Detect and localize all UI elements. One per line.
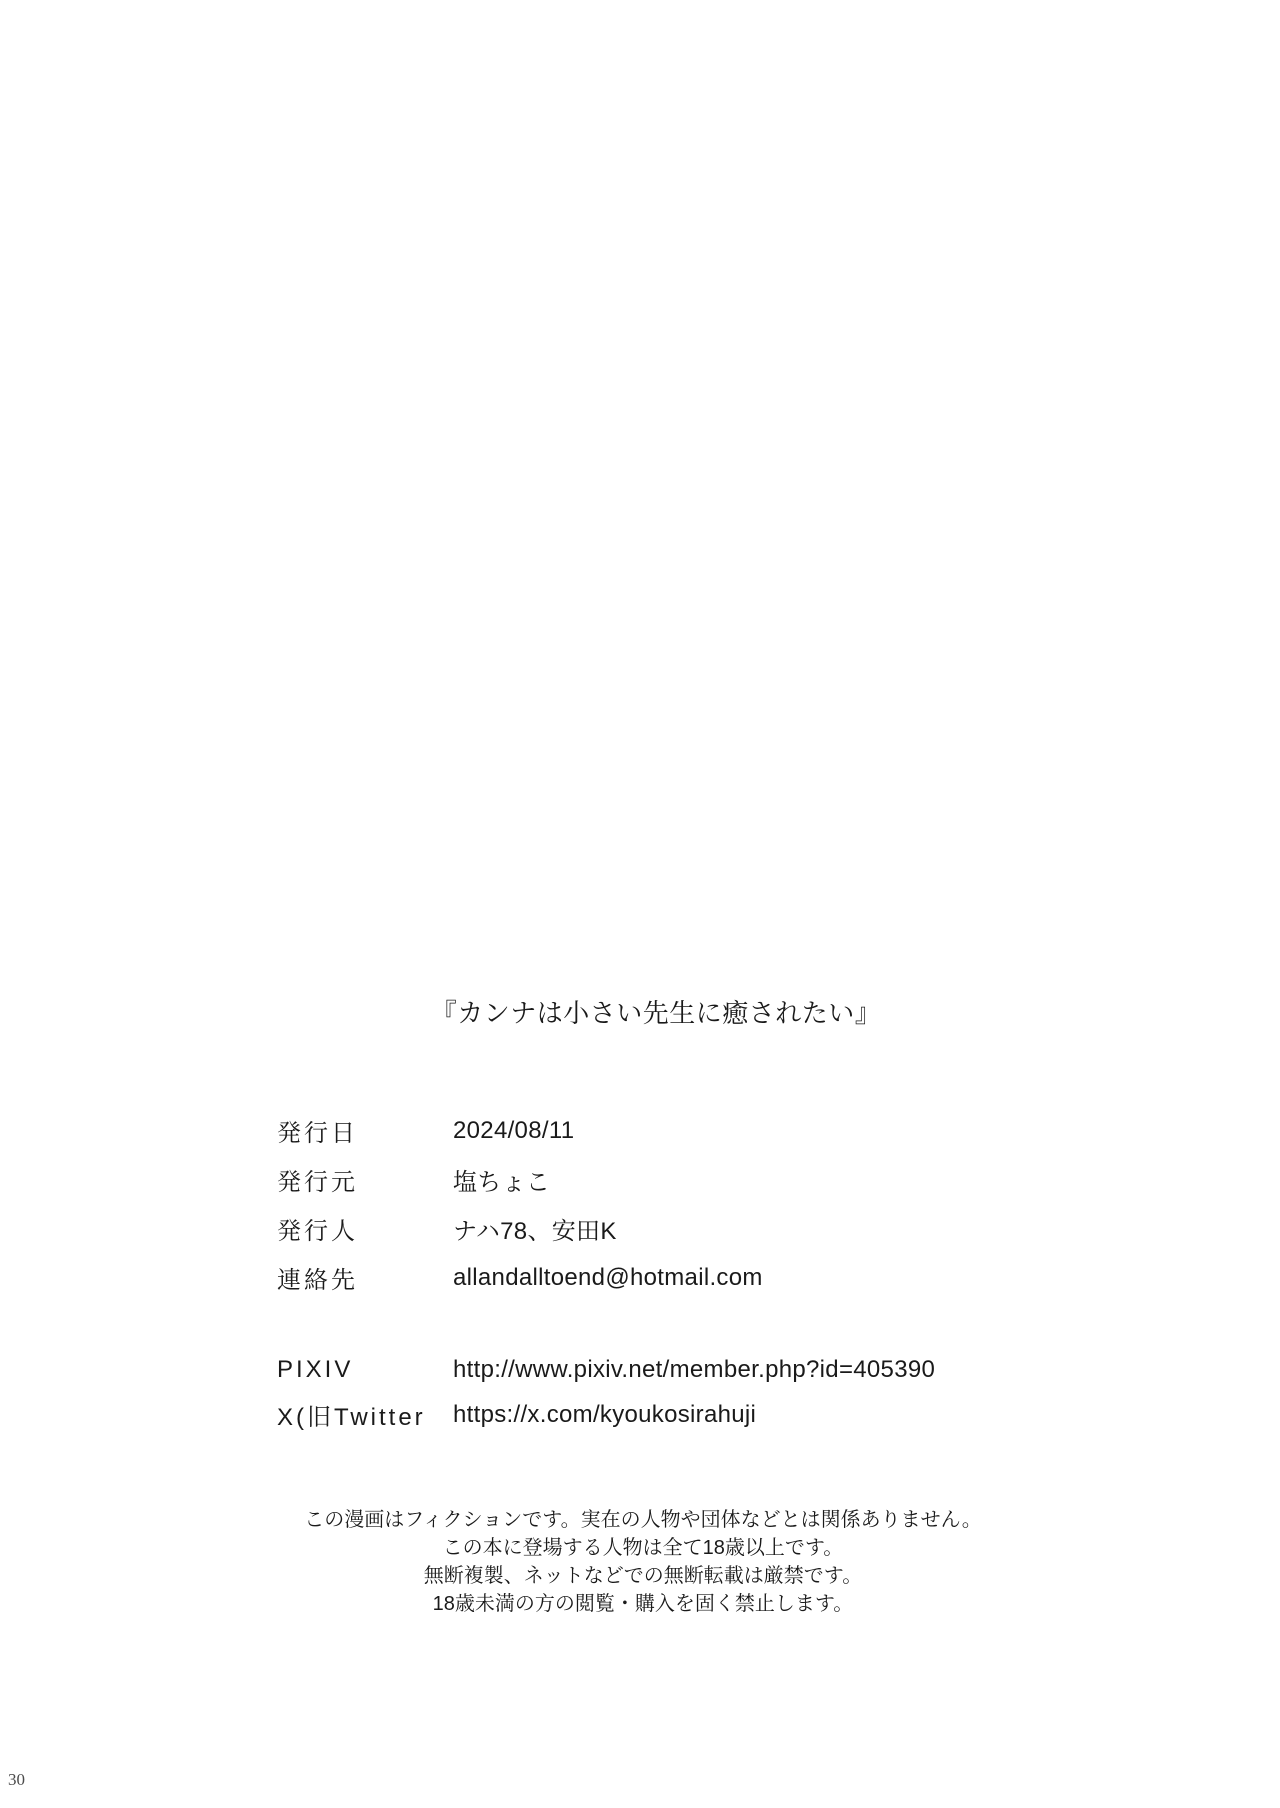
contact-label: 連絡先 [277, 1260, 453, 1295]
x-twitter-url: https://x.com/kyoukosirahuji [453, 1401, 756, 1429]
page-number: 30 [8, 1770, 25, 1790]
disclaimer-line-age-of-characters: この本に登場する人物は全て18歳以上です。 [304, 1534, 982, 1562]
pixiv-url: http://www.pixiv.net/member.php?id=40539… [453, 1356, 935, 1384]
publication-info: 発行日 2024/08/11 発行元 塩ちょこ 発行人 ナハ78、安田K 連絡先… [277, 1106, 763, 1302]
publish-date-value: 2024/08/11 [453, 1117, 574, 1145]
disclaimer-block: この漫画はフィクションです。実在の人物や団体などとは関係ありません。 この本に登… [304, 1506, 982, 1618]
colophon-page: 『カンナは小さい先生に癒されたい』 発行日 2024/08/11 発行元 塩ちょ… [0, 0, 1280, 1808]
info-row-publisher: 発行元 塩ちょこ [277, 1155, 763, 1204]
disclaimer-line-age-restriction: 18歳未満の方の閲覧・購入を固く禁止します。 [304, 1590, 982, 1618]
author-value: ナハ78、安田K [453, 1211, 617, 1246]
x-twitter-label: X(旧Twitter [277, 1397, 453, 1432]
disclaimer-line-no-reproduction: 無断複製、ネットなどでの無断転載は厳禁です。 [304, 1562, 982, 1590]
info-row-publish-date: 発行日 2024/08/11 [277, 1106, 763, 1155]
link-row-pixiv: PIXIV http://www.pixiv.net/member.php?id… [277, 1347, 935, 1392]
publisher-value: 塩ちょこ [453, 1162, 550, 1197]
info-row-contact: 連絡先 allandalltoend@hotmail.com [277, 1253, 763, 1302]
contact-email: allandalltoend@hotmail.com [453, 1264, 763, 1292]
publisher-label: 発行元 [277, 1162, 453, 1197]
publish-date-label: 発行日 [277, 1113, 453, 1148]
author-label: 発行人 [277, 1211, 453, 1246]
info-row-author: 発行人 ナハ78、安田K [277, 1204, 763, 1253]
pixiv-label: PIXIV [277, 1356, 453, 1384]
link-row-x-twitter: X(旧Twitter https://x.com/kyoukosirahuji [277, 1392, 935, 1437]
book-title: 『カンナは小さい先生に癒されたい』 [431, 993, 882, 1030]
disclaimer-line-fiction: この漫画はフィクションです。実在の人物や団体などとは関係ありません。 [304, 1506, 982, 1534]
social-links: PIXIV http://www.pixiv.net/member.php?id… [277, 1347, 935, 1437]
